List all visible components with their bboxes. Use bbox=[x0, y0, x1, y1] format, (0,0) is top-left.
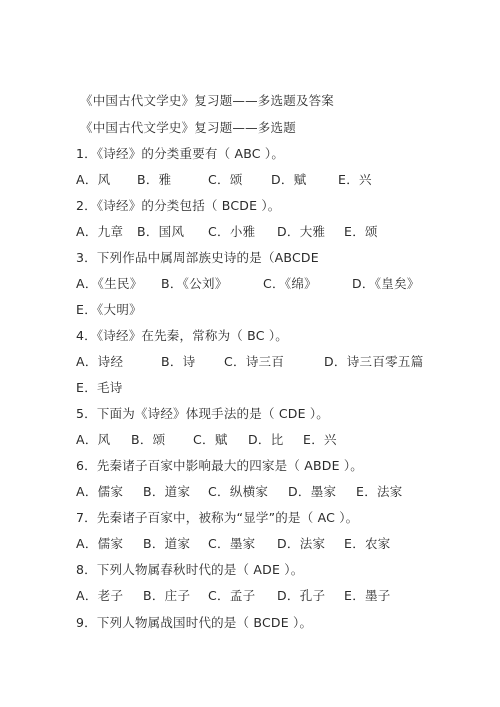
option-c: C．纵横家 bbox=[208, 482, 268, 502]
option-e: E．毛诗 bbox=[76, 378, 123, 398]
option-e: E．兴 bbox=[303, 430, 337, 450]
option-b: B．国风 bbox=[137, 222, 184, 242]
question-3-stem-line: 3．下列作品中属周部族史诗的是（ABCDE bbox=[0, 248, 500, 268]
option-c: C．《绵》 bbox=[263, 274, 317, 294]
option-c: C．赋 bbox=[193, 430, 228, 450]
question-stem: 8．下列人物属春秋时代的是（ ADE ）。 bbox=[76, 560, 303, 580]
question-stem: 1．《诗经》的分类重要有（ ABC ）。 bbox=[76, 144, 284, 164]
document-title-line: 《中国古代文学史》复习题——多选题及答案 bbox=[0, 91, 500, 111]
option-c: C．诗三百 bbox=[224, 352, 284, 372]
option-b: B．诗 bbox=[161, 352, 195, 372]
question-9-stem-line: 9．下列人物属战国时代的是（ BCDE ）。 bbox=[0, 613, 500, 633]
option-b: B．《公刘》 bbox=[161, 274, 228, 294]
option-c: C．墨家 bbox=[208, 534, 255, 554]
option-a: A．诗经 bbox=[76, 352, 123, 372]
question-7-stem-line: 7．先秦诸子百家中，被称为“显学”的是（ AC ）。 bbox=[0, 508, 500, 528]
option-a: A．《生民》 bbox=[76, 274, 143, 294]
question-5-options: A．风 B．颂 C．赋 D．比 E．兴 bbox=[0, 430, 500, 450]
option-d: D．大雅 bbox=[277, 222, 325, 242]
option-b: B．庄子 bbox=[143, 586, 190, 606]
option-d: D．比 bbox=[248, 430, 284, 450]
document-subtitle-line: 《中国古代文学史》复习题——多选题 bbox=[0, 118, 500, 138]
option-d: D．《皇矣》 bbox=[352, 274, 420, 294]
question-1-options: A．风 B．雅 C．颂 D．赋 E．兴 bbox=[0, 170, 500, 190]
question-8-options: A．老子 B．庄子 C．孟子 D．孔子 E．墨子 bbox=[0, 586, 500, 606]
option-d: D．诗三百零五篇 bbox=[324, 352, 424, 372]
option-e: E．农家 bbox=[344, 534, 391, 554]
question-5-stem-line: 5．下面为《诗经》体现手法的是（ CDE ）。 bbox=[0, 404, 500, 424]
question-4-stem-line: 4．《诗经》在先秦，常称为（ BC ）。 bbox=[0, 326, 500, 346]
option-e: E．兴 bbox=[338, 170, 372, 190]
option-e: E．墨子 bbox=[344, 586, 391, 606]
option-e: E．《大明》 bbox=[76, 300, 142, 320]
question-2-stem-line: 2．《诗经》的分类包括（ BCDE ）。 bbox=[0, 196, 500, 216]
question-3-options: A．《生民》 B．《公刘》 C．《绵》 D．《皇矣》 bbox=[0, 274, 500, 294]
document-title: 《中国古代文学史》复习题——多选题及答案 bbox=[80, 91, 334, 111]
option-d: D．孔子 bbox=[277, 586, 325, 606]
question-1-stem-line: 1．《诗经》的分类重要有（ ABC ）。 bbox=[0, 144, 500, 164]
option-c: C．小雅 bbox=[208, 222, 255, 242]
option-e: E．颂 bbox=[344, 222, 378, 242]
question-stem: 4．《诗经》在先秦，常称为（ BC ）。 bbox=[76, 326, 288, 346]
question-stem: 5．下面为《诗经》体现手法的是（ CDE ）。 bbox=[76, 404, 329, 424]
question-8-stem-line: 8．下列人物属春秋时代的是（ ADE ）。 bbox=[0, 560, 500, 580]
document-subtitle: 《中国古代文学史》复习题——多选题 bbox=[80, 118, 296, 138]
option-b: B．道家 bbox=[143, 534, 190, 554]
question-7-options: A．儒家 B．道家 C．墨家 D．法家 E．农家 bbox=[0, 534, 500, 554]
option-a: A．儒家 bbox=[76, 534, 123, 554]
question-stem: 7．先秦诸子百家中，被称为“显学”的是（ AC ）。 bbox=[76, 508, 358, 528]
option-d: D．赋 bbox=[271, 170, 307, 190]
question-6-stem-line: 6．先秦诸子百家中影响最大的四家是（ ABDE ）。 bbox=[0, 456, 500, 476]
question-3-options-overflow: E．《大明》 bbox=[0, 300, 500, 320]
question-2-options: A．九章 B．国风 C．小雅 D．大雅 E．颂 bbox=[0, 222, 500, 242]
question-4-options: A．诗经 B．诗 C．诗三百 D．诗三百零五篇 bbox=[0, 352, 500, 372]
question-stem: 6．先秦诸子百家中影响最大的四家是（ ABDE ）。 bbox=[76, 456, 363, 476]
option-b: B．颂 bbox=[131, 430, 165, 450]
question-4-options-overflow: E．毛诗 bbox=[0, 378, 500, 398]
option-e: E．法家 bbox=[356, 482, 403, 502]
question-stem: 3．下列作品中属周部族史诗的是（ABCDE bbox=[76, 248, 319, 268]
question-stem: 9．下列人物属战国时代的是（ BCDE ）。 bbox=[76, 613, 312, 633]
option-b: B．道家 bbox=[143, 482, 190, 502]
option-b: B．雅 bbox=[137, 170, 171, 190]
option-a: A．九章 bbox=[76, 222, 123, 242]
question-6-options: A．儒家 B．道家 C．纵横家 D．墨家 E．法家 bbox=[0, 482, 500, 502]
option-a: A．儒家 bbox=[76, 482, 123, 502]
option-a: A．风 bbox=[76, 430, 110, 450]
document-page: 《中国古代文学史》复习题——多选题及答案 《中国古代文学史》复习题——多选题 1… bbox=[0, 0, 500, 707]
option-c: C．颂 bbox=[208, 170, 243, 190]
question-stem: 2．《诗经》的分类包括（ BCDE ）。 bbox=[76, 196, 281, 216]
option-c: C．孟子 bbox=[208, 586, 255, 606]
option-a: A．老子 bbox=[76, 586, 123, 606]
option-d: D．墨家 bbox=[288, 482, 336, 502]
option-a: A．风 bbox=[76, 170, 110, 190]
option-d: D．法家 bbox=[277, 534, 325, 554]
